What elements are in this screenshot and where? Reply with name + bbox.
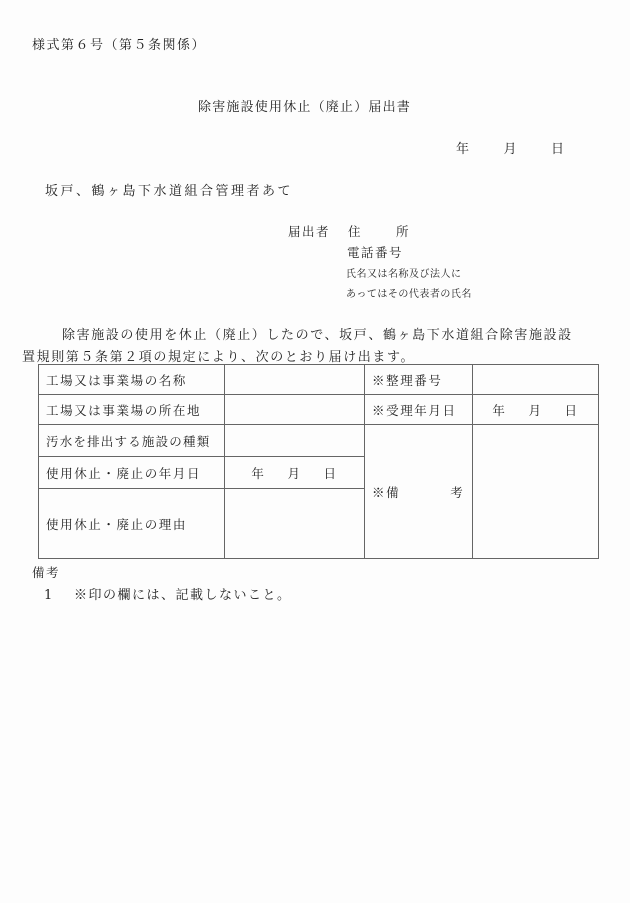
table-row: 汚水を排出する施設の種類 ※備考 <box>39 425 599 457</box>
body-line-1: 除害施設の使用を休止（廃止）したので、坂戸、鶴ヶ島下水道組合除害施設設 <box>62 328 573 343</box>
form-number: 様式第６号（第５条関係） <box>32 34 206 53</box>
date-month-label: 月 <box>504 138 519 157</box>
remarks-label-part2: 考 <box>450 485 464 500</box>
date-year-label: 年 <box>456 138 471 157</box>
submission-date: 年月日 <box>456 138 566 157</box>
address-label-part1: 住 <box>348 224 362 239</box>
remarks-field[interactable] <box>473 425 599 559</box>
address-label-part2: 所 <box>396 224 410 239</box>
table-row: 工場又は事業場の所在地 ※受理年月日 年月日 <box>39 395 599 425</box>
document-title: 除害施設使用休止（廃止）届出書 <box>198 96 411 115</box>
date-day-label: 日 <box>551 138 566 157</box>
reference-number-label: ※整理番号 <box>365 365 473 395</box>
remarks-label-part1: ※備 <box>372 485 400 500</box>
suspension-date-label: 使用休止・廃止の年月日 <box>39 457 225 489</box>
suspension-reason-field[interactable] <box>225 489 365 559</box>
received-date-label: ※受理年月日 <box>365 395 473 425</box>
suspension-year: 年 <box>251 464 265 482</box>
suspension-day: 日 <box>324 464 338 482</box>
received-date-field[interactable]: 年月日 <box>473 395 599 425</box>
facility-name-label: 工場又は事業場の名称 <box>39 365 225 395</box>
received-day: 日 <box>565 401 579 419</box>
name-label-line2: あってはその代表者の氏名 <box>346 285 472 300</box>
suspension-reason-label: 使用休止・廃止の理由 <box>39 489 225 559</box>
note-item: 1※印の欄には、記載しないこと。 <box>44 584 292 603</box>
discharge-facility-type-field[interactable] <box>225 425 365 457</box>
suspension-month: 月 <box>287 464 301 482</box>
table-row: 工場又は事業場の名称 ※整理番号 <box>39 365 599 395</box>
applicant-label: 届出者 <box>288 222 330 240</box>
discharge-facility-type-label: 汚水を排出する施設の種類 <box>39 425 225 457</box>
body-paragraph: 除害施設の使用を休止（廃止）したので、坂戸、鶴ヶ島下水道組合除害施設設 置規則第… <box>46 325 606 369</box>
facility-location-label: 工場又は事業場の所在地 <box>39 395 225 425</box>
note-number: 1 <box>44 588 74 603</box>
received-year: 年 <box>492 401 506 419</box>
reference-number-field[interactable] <box>473 365 599 395</box>
notes-heading: 備考 <box>32 563 60 581</box>
address-label: 住所 <box>348 222 410 240</box>
facility-location-field[interactable] <box>225 395 365 425</box>
form-table: 工場又は事業場の名称 ※整理番号 工場又は事業場の所在地 ※受理年月日 年月日 … <box>38 364 599 559</box>
remarks-label: ※備考 <box>365 425 473 559</box>
addressee: 坂戸、鶴ヶ島下水道組合管理者あて <box>45 180 293 199</box>
phone-label: 電話番号 <box>347 243 403 261</box>
suspension-date-field[interactable]: 年月日 <box>225 457 365 489</box>
note-text: ※印の欄には、記載しないこと。 <box>74 588 292 603</box>
received-month: 月 <box>528 401 542 419</box>
name-label-line1: 氏名又は名称及び法人に <box>346 265 462 280</box>
facility-name-field[interactable] <box>225 365 365 395</box>
